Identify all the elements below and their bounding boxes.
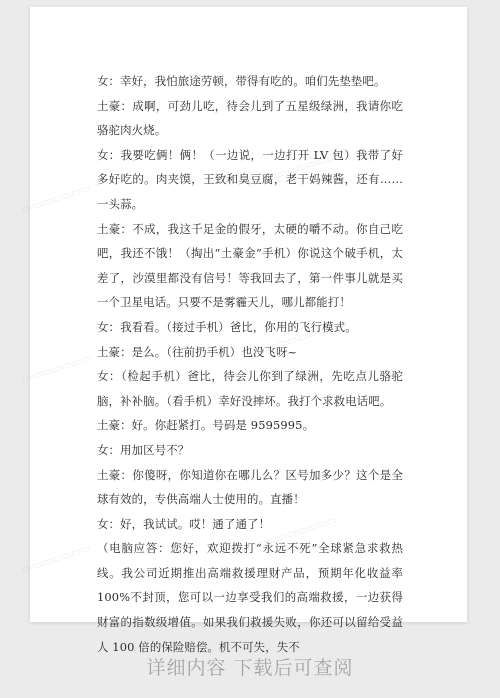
download-notice: 详细内容 下载后可查阅 bbox=[0, 653, 500, 680]
paragraph: 女：用加区号不？ bbox=[97, 438, 403, 463]
paragraph: （电脑应答：您好，欢迎拨打“永远不死”全球紧急求救热线。我公司近期推出高端救援理… bbox=[97, 536, 403, 659]
paragraph: 女：我要吃俩！俩！（一边说，一边打开 LV 包）我带了好多好吃的。肉夹馍，王致和… bbox=[97, 143, 403, 217]
paragraph: 土豪：成啊，可劲儿吃，待会儿到了五星级绿洲，我请你吃骆驼肉火烧。 bbox=[97, 94, 403, 143]
watermark: ▭▭▭▭▭▭▭ bbox=[20, 351, 93, 386]
paragraph: 女：幸好，我怕旅途劳顿，带得有吃的。咱们先垫垫吧。 bbox=[97, 69, 403, 94]
document-body: 女：幸好，我怕旅途劳顿，带得有吃的。咱们先垫垫吧。 土豪：成啊，可劲儿吃，待会儿… bbox=[97, 69, 403, 659]
watermark: ▭▭▭▭▭▭▭ bbox=[20, 181, 93, 216]
paragraph: 土豪：你傻呀，你知道你在哪儿么？区号加多少？这个是全球有效的，专供高端人士使用的… bbox=[97, 463, 403, 512]
paragraph: 女：好，我试试。哎！通了通了！ bbox=[97, 512, 403, 537]
paragraph: 土豪：好。你赶紧打。号码是 9595995。 bbox=[97, 413, 403, 438]
paragraph: 土豪：不成，我这千足金的假牙，太硬的嚼不动。你自己吃吧，我还不饿！（掏出“土豪金… bbox=[97, 217, 403, 315]
watermark: ▭▭▭▭▭▭▭ bbox=[20, 541, 93, 576]
paragraph: 女：我看看。（接过手机）爸比，你用的飞行模式。 bbox=[97, 315, 403, 340]
document-page: ▭▭▭▭▭▭▭ ▭▭▭▭▭▭▭▭▭▭ ▭▭▭▭▭▭▭ ▭▭▭▭▭▭▭▭▭▭ ▭▭… bbox=[30, 7, 467, 622]
paragraph: 土豪：是么。（往前扔手机）也没飞呀~ bbox=[97, 340, 403, 365]
paragraph: 女：（检起手机）爸比，待会儿你到了绿洲，先吃点儿骆驼脑，补补脑。（看手机）幸好没… bbox=[97, 364, 403, 413]
